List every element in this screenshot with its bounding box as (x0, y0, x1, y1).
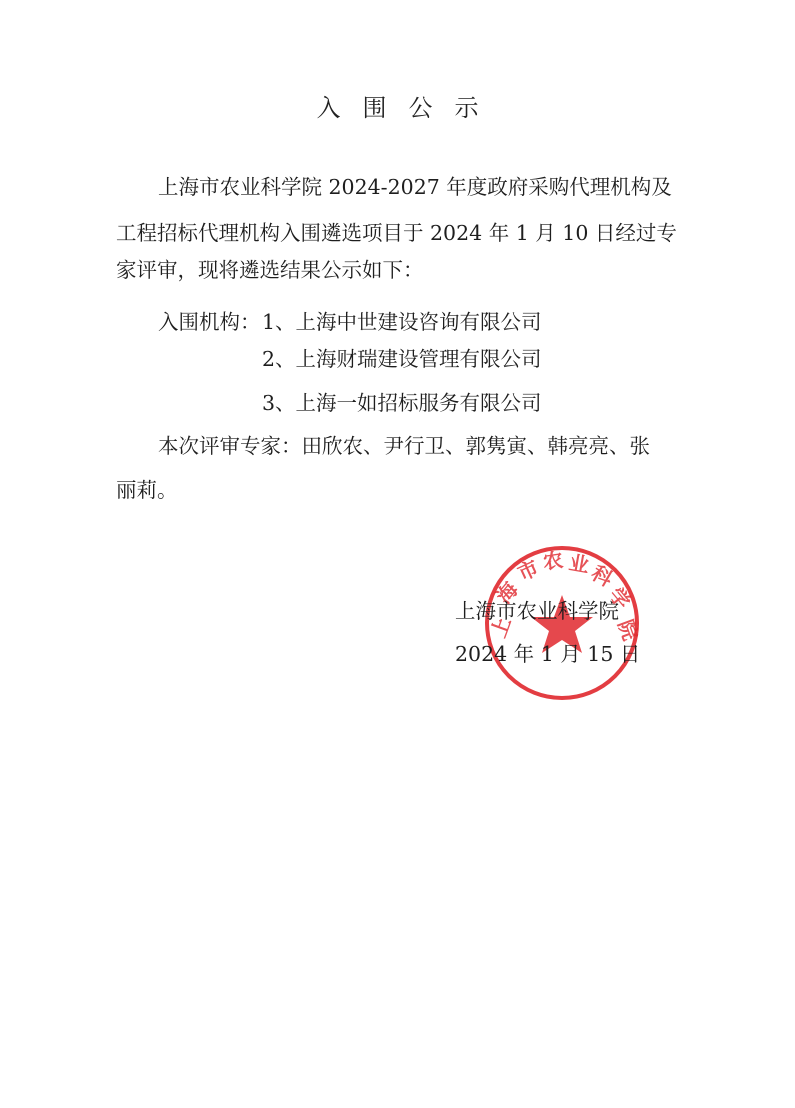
svg-text:科: 科 (588, 561, 618, 592)
experts-line-2: 丽莉。 (116, 476, 178, 504)
paragraph-line-1: 上海市农业科学院 2024-2027 年度政府采购代理机构及 (158, 173, 672, 201)
document-title: 入围公示 (0, 88, 795, 123)
svg-text:农: 农 (541, 547, 564, 574)
signature-date: 2024 年 1 月 15 日 (455, 640, 640, 668)
paragraph-line-2: 工程招标代理机构入围遴选项目于 2024 年 1 月 10 日经过专 (116, 219, 677, 247)
document-page: 入围公示 上海市农业科学院 2024-2027 年度政府采购代理机构及 工程招标… (0, 0, 795, 1108)
shortlist-item-1: 1、上海中世建设咨询有限公司 (262, 308, 542, 336)
experts-line-1: 本次评审专家：田欣农、尹行卫、郭隽寅、韩亮亮、张 (158, 432, 650, 460)
shortlist-item-2: 2、上海财瑞建设管理有限公司 (262, 345, 542, 373)
shortlist-label: 入围机构： (158, 308, 261, 336)
signature-organization: 上海市农业科学院 (455, 597, 619, 625)
shortlist-item-3: 3、上海一如招标服务有限公司 (262, 389, 542, 417)
svg-text:业: 业 (567, 550, 591, 577)
paragraph-line-3: 家评审，现将遴选结果公示如下： (116, 256, 424, 284)
